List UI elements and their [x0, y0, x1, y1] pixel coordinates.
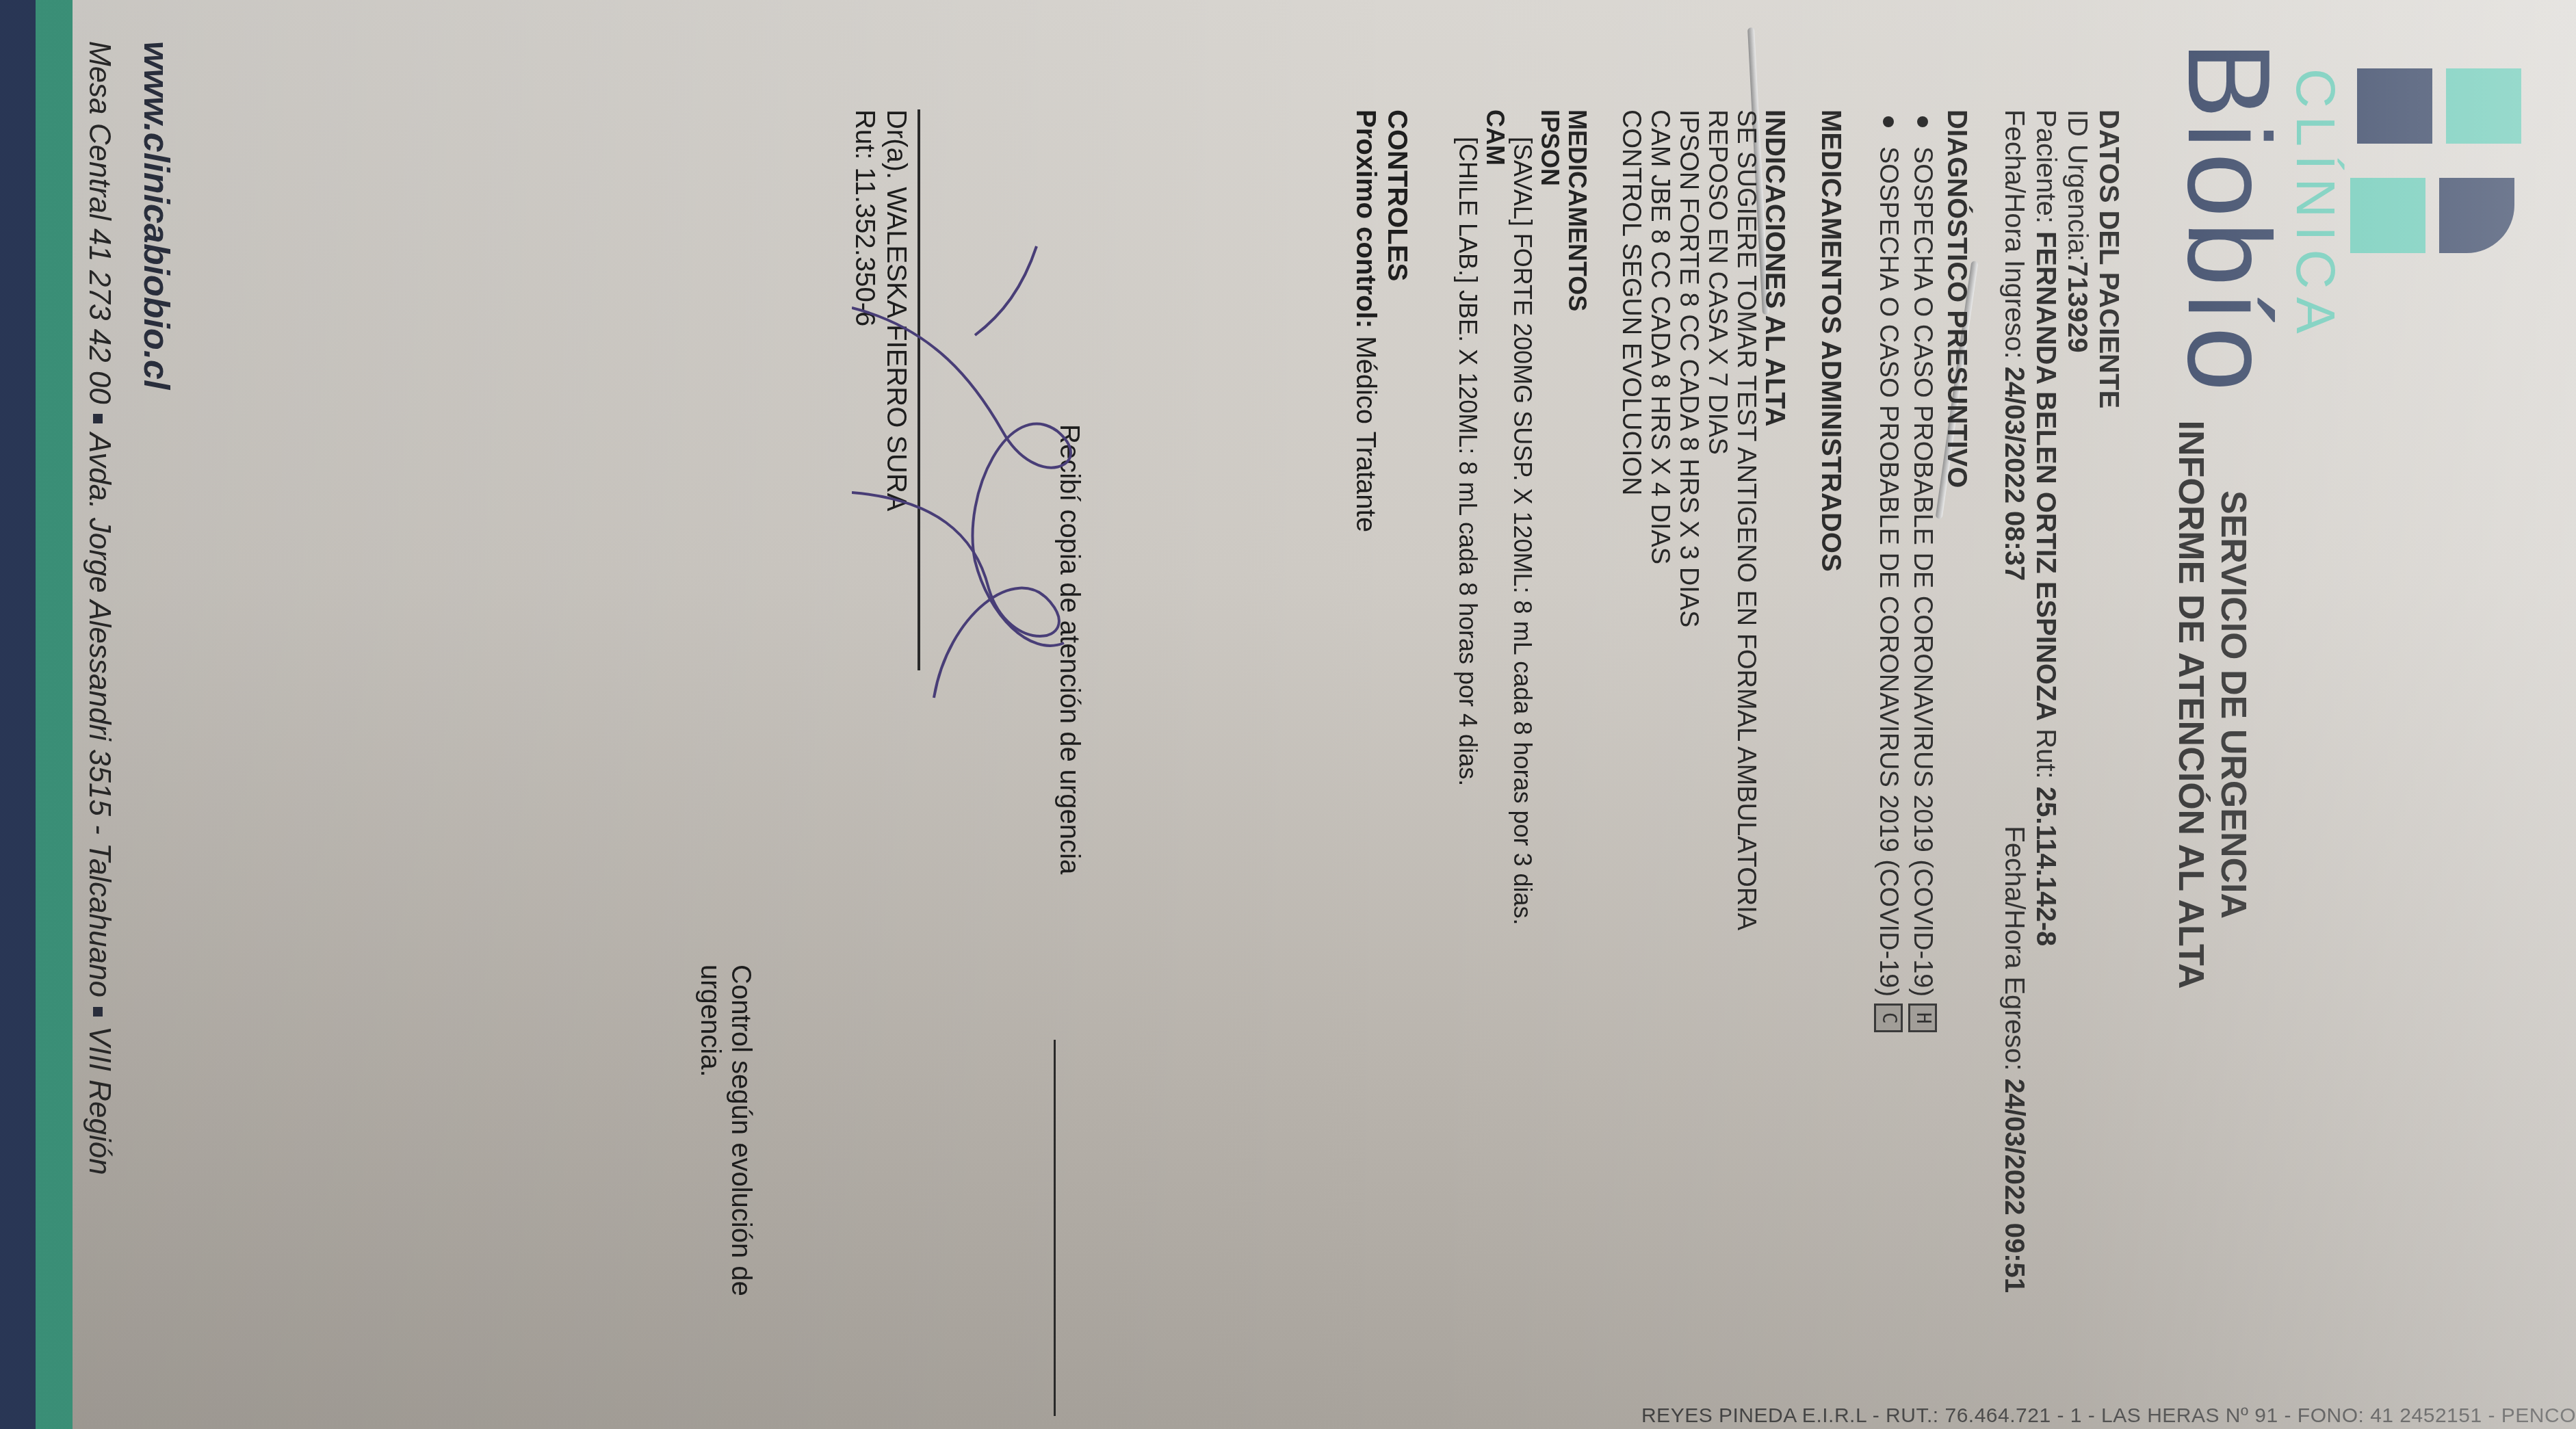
section-heading: MEDICAMENTOS [1563, 109, 1591, 1341]
patient-name-row: Paciente: FERNANDA BELEN ORTIZ ESPINOZA … [2030, 109, 2061, 1341]
dates-row: Fecha/Hora Ingreso: 24/03/2022 08:37 Fec… [1999, 109, 2030, 1293]
signature-area: Recibí copia de atención de urgencia Dr(… [606, 109, 1084, 1341]
page-footer: www.clinicabiobio.cl Mesa Central 41 273… [82, 41, 177, 1175]
discharge-report-page: REYES PINEDA E.I.R.L - RUT.: 76.464.721 … [0, 0, 2576, 1429]
contact-line: Mesa Central 41 273 42 00Avda. Jorge Ale… [82, 41, 116, 1175]
decorative-navy-stripe [0, 0, 36, 1429]
separator-square-icon [93, 414, 103, 423]
patient-signature-line [1054, 1040, 1056, 1416]
diagnosis-section: DIAGNÓSTICO PRESUNTIVO SOSPECHA O CASO P… [1873, 109, 1973, 1341]
diagnosis-list: SOSPECHA O CASO PROBABLE DE CORONAVIRUS … [1873, 109, 1938, 1341]
phone-number: Mesa Central 41 273 42 00 [83, 41, 116, 404]
section-heading: MEDICAMENTOS ADMINISTRADOS [1815, 109, 1847, 1341]
bullet-icon [1917, 116, 1928, 127]
administered-section: MEDICAMENTOS ADMINISTRADOS [1815, 109, 1847, 1341]
report-title: SERVICIO DE URGENCIA INFORME DE ATENCIÓN… [2170, 192, 2254, 1218]
emergency-id: ID Urgencia:713929 [2061, 109, 2093, 1341]
report-subtitle: INFORME DE ATENCIÓN AL ALTA [2170, 192, 2212, 1218]
diagnosis-item: SOSPECHA O CASO PROBABLE DE CORONAVIRUS … [1873, 109, 1904, 1341]
diagnosis-item: SOSPECHA O CASO PROBABLE DE CORONAVIRUS … [1907, 109, 1938, 1341]
instructions-section: INDICACIONES AL ALTA SE SUGIERE TOMAR TE… [1617, 109, 1789, 1341]
logo-square-icon [2446, 68, 2521, 144]
instruction-line: IPSON FORTE 8 CC CADA 8 HRS X 3 DIAS [1674, 109, 1703, 1341]
report-body: DATOS DEL PACIENTE ID Urgencia:713929 Pa… [1324, 109, 2124, 1341]
section-heading: INDICACIONES AL ALTA [1760, 109, 1789, 1341]
handwritten-signature [852, 205, 1139, 725]
decorative-teal-stripe [34, 0, 73, 1429]
diagnosis-tag: H [1908, 1004, 1937, 1032]
logo-square-icon [2357, 68, 2432, 144]
next-control: Proximo control: Médico Tratante [1350, 109, 1381, 1341]
instruction-line: CAM JBE 8 CC CADA 8 HRS X 4 DIAS [1645, 109, 1674, 1341]
medication-detail: [CHILE LAB.] JBE. X 120ML: 8 mL cada 8 h… [1454, 109, 1481, 1341]
printer-imprint: REYES PINEDA E.I.R.L - RUT.: 76.464.721 … [1641, 1404, 2576, 1428]
patient-rut: 25.114.142-8 [2031, 787, 2061, 947]
patient-name: FERNANDA BELEN ORTIZ ESPINOZA [2031, 231, 2061, 721]
section-heading: CONTROLES [1381, 109, 1413, 1341]
address: Avda. Jorge Alessandri 3515 - Talcahuano [83, 433, 116, 997]
instruction-line: SE SUGIERE TOMAR TEST ANTIGENO EN FORMAL… [1732, 109, 1760, 1341]
logo-square-icon [2439, 178, 2514, 253]
service-title: SERVICIO DE URGENCIA [2212, 192, 2254, 1218]
logo-square-icon [2350, 178, 2425, 253]
medication-detail: [SAVAL] FORTE 200MG SUSP. X 120ML: 8 mL … [1509, 109, 1536, 1341]
patient-section: DATOS DEL PACIENTE ID Urgencia:713929 Pa… [1999, 109, 2124, 1341]
instruction-line: CONTROL SEGUN EVOLUCION [1617, 109, 1645, 1341]
section-heading: DIAGNÓSTICO PRESUNTIVO [1941, 109, 1973, 1341]
control-note: Control según evolución de urgencia. [694, 965, 756, 1341]
discharge-datetime: Fecha/Hora Egreso: 24/03/2022 09:51 [1999, 826, 2030, 1293]
section-heading: DATOS DEL PACIENTE [2093, 109, 2124, 1341]
separator-square-icon [93, 1007, 103, 1017]
region: VIII Región [83, 1026, 116, 1175]
medication-name: IPSON [1536, 109, 1563, 1341]
bullet-icon [1883, 116, 1894, 127]
controls-section: CONTROLES Proximo control: Médico Tratan… [1350, 109, 1413, 1341]
website-link[interactable]: www.clinicabiobio.cl [135, 41, 177, 1175]
admission-datetime: Fecha/Hora Ingreso: 24/03/2022 08:37 [1999, 109, 2030, 581]
diagnosis-tag: C [1874, 1004, 1903, 1032]
medication-name: CAM [1481, 109, 1509, 1341]
instruction-line: REPOSO EN CASA X 7 DIAS [1703, 109, 1732, 1341]
medications-section: MEDICAMENTOS IPSON [SAVAL] FORTE 200MG S… [1454, 109, 1591, 1341]
